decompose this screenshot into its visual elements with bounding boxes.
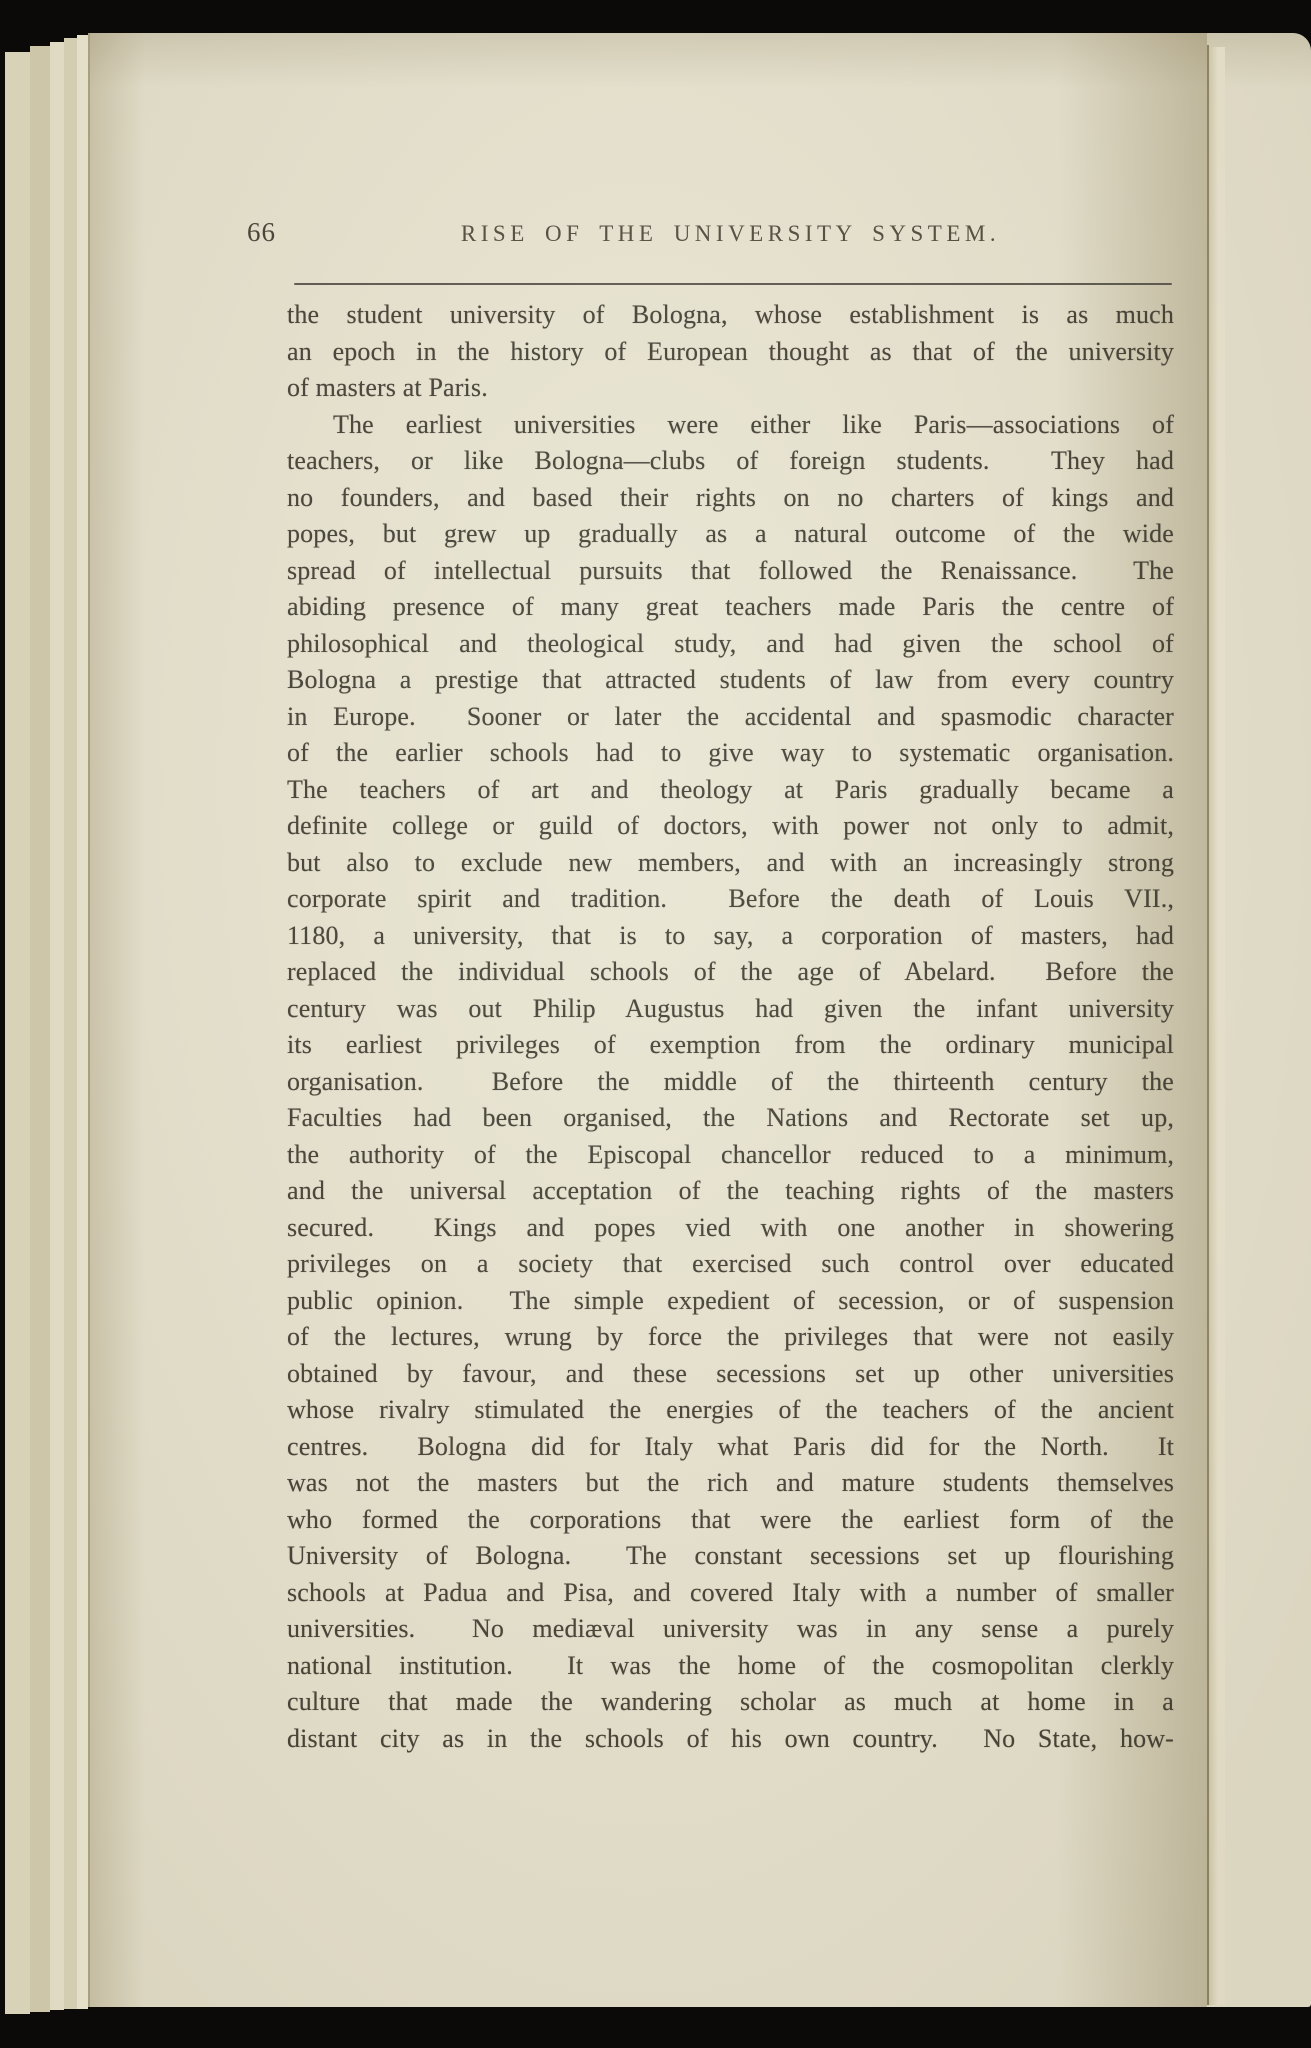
text-line: its earliest privileges of exemption fro… <box>287 1027 1174 1064</box>
text-line: University of Bologna. The constant sece… <box>287 1538 1174 1575</box>
page-edge-stack <box>0 0 95 2048</box>
text-line: an epoch in the history of European thou… <box>287 334 1174 371</box>
text-line: centres. Bologna did for Italy what Pari… <box>287 1429 1174 1466</box>
text-line: distant city as in the schools of his ow… <box>287 1721 1174 1758</box>
text-line: corporate spirit and tradition. Before t… <box>287 881 1174 918</box>
page-edge-strip <box>77 35 88 2009</box>
text-line: of masters at Paris. <box>287 370 1174 407</box>
text-line: public opinion. The simple expedient of … <box>287 1283 1174 1320</box>
text-line: in Europe. Sooner or later the accidenta… <box>287 699 1174 736</box>
page-edge-strip <box>5 52 30 2014</box>
text-line: secured. Kings and popes vied with one a… <box>287 1210 1174 1247</box>
text-line: teachers, or like Bologna—clubs of forei… <box>287 443 1174 480</box>
text-line: universities. No mediæval university was… <box>287 1611 1174 1648</box>
text-line: organisation. Before the middle of the t… <box>287 1064 1174 1101</box>
text-line: spread of intellectual pursuits that fol… <box>287 553 1174 590</box>
text-line: the authority of the Episcopal chancello… <box>287 1137 1174 1174</box>
text-line: of the lectures, wrung by force the priv… <box>287 1319 1174 1356</box>
text-line: Faculties had been organised, the Nation… <box>287 1100 1174 1137</box>
text-line: culture that made the wandering scholar … <box>287 1684 1174 1721</box>
page-text: the student university of Bologna, whose… <box>287 297 1174 1757</box>
text-line: abiding presence of many great teachers … <box>287 589 1174 626</box>
text-line: and the universal acceptation of the tea… <box>287 1173 1174 1210</box>
text-line: popes, but grew up gradually as a natura… <box>287 516 1174 553</box>
text-line: privileges on a society that exercised s… <box>287 1246 1174 1283</box>
facing-page-edge <box>1209 47 1225 2005</box>
text-line: obtained by favour, and these secessions… <box>287 1356 1174 1393</box>
text-line: The earliest universities were either li… <box>287 407 1174 444</box>
page-edge-strip <box>50 42 64 2010</box>
running-title: RISE OF THE UNIVERSITY SYSTEM. <box>287 221 1174 247</box>
page-number: 66 <box>247 217 276 248</box>
text-line: definite college or guild of doctors, wi… <box>287 808 1174 845</box>
book-scan: 66 RISE OF THE UNIVERSITY SYSTEM. the st… <box>0 0 1311 2048</box>
book-page: 66 RISE OF THE UNIVERSITY SYSTEM. the st… <box>88 33 1311 2007</box>
text-line: philosophical and theological study, and… <box>287 626 1174 663</box>
text-line: was not the masters but the rich and mat… <box>287 1465 1174 1502</box>
text-line: replaced the individual schools of the a… <box>287 954 1174 991</box>
text-line: national institution. It was the home of… <box>287 1648 1174 1685</box>
text-line: 1180, a university, that is to say, a co… <box>287 918 1174 955</box>
text-line: schools at Padua and Pisa, and covered I… <box>287 1575 1174 1612</box>
text-line: but also to exclude new members, and wit… <box>287 845 1174 882</box>
text-line: who formed the corporations that were th… <box>287 1502 1174 1539</box>
text-line: The teachers of art and theology at Pari… <box>287 772 1174 809</box>
text-line: century was out Philip Augustus had give… <box>287 991 1174 1028</box>
text-line: of the earlier schools had to give way t… <box>287 735 1174 772</box>
text-line: Bologna a prestige that attracted studen… <box>287 662 1174 699</box>
page-edge-strip <box>30 46 50 2012</box>
text-line: the student university of Bologna, whose… <box>287 297 1174 334</box>
page-edge-strip <box>64 38 77 2009</box>
text-line: no founders, and based their rights on n… <box>287 480 1174 517</box>
header-rule <box>294 283 1172 285</box>
text-line: whose rivalry stimulated the energies of… <box>287 1392 1174 1429</box>
